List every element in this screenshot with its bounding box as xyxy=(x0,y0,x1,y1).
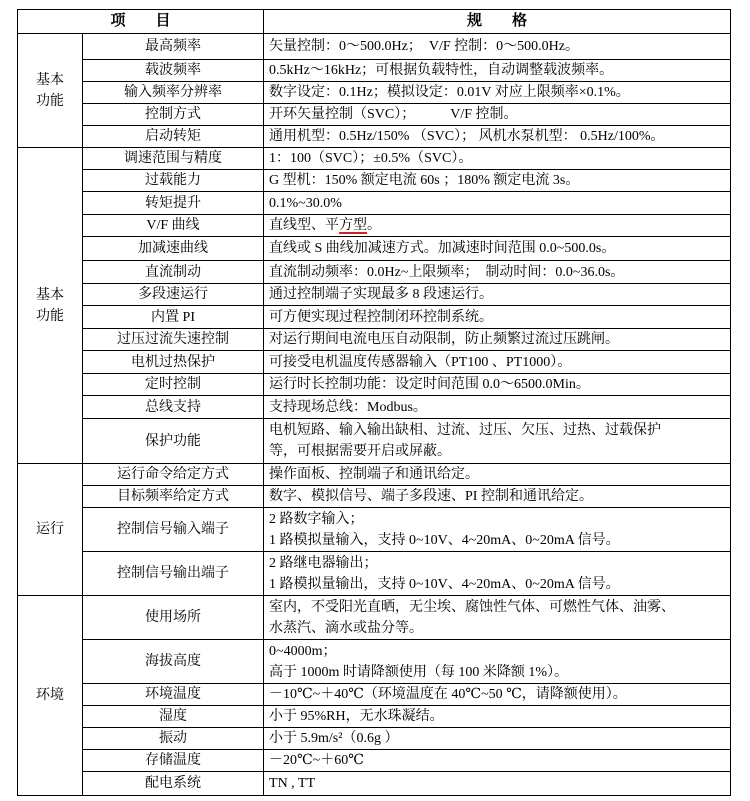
spec-cell: 直线或 S 曲线加减速方式。加减速时间范围 0.0~500.0s。 xyxy=(264,237,731,261)
table-row: 直流制动直流制动频率：0.0Hz~上限频率； 制动时间：0.0~36.0s。 xyxy=(18,261,731,284)
table-row: 配电系统TN , TT xyxy=(18,772,731,796)
spec-line: 通用机型：0.5Hz/150% （SVC）； 风机水泵机型： 0.5Hz/100… xyxy=(269,126,725,147)
table-row: 定时控制运行时长控制功能：设定时间范围 0.0～6500.0Min。 xyxy=(18,374,731,396)
spec-line: 电机短路、输入输出缺相、过流、过压、欠压、过热、过载保护 xyxy=(269,420,725,441)
spec-cell: 直流制动频率：0.0Hz~上限频率； 制动时间：0.0~36.0s。 xyxy=(264,261,731,284)
spec-cell: 可方便实现过程控制闭环控制系统。 xyxy=(264,306,731,329)
table-row: 环境温度－10℃~＋40℃（环境温度在 40℃~50 ℃，请降额使用）。 xyxy=(18,684,731,706)
item-cell: 控制信号输入端子 xyxy=(83,508,264,552)
table-row: 基本 功能最高频率矢量控制：0～500.0Hz； V/F 控制：0～500.0H… xyxy=(18,34,731,60)
spec-line: 水蒸汽、滴水或盐分等。 xyxy=(269,618,725,639)
spec-line: 开环矢量控制（SVC）； V/F 控制。 xyxy=(269,104,725,125)
spec-cell: 操作面板、控制端子和通讯给定。 xyxy=(264,464,731,486)
table-row: 保护功能电机短路、输入输出缺相、过流、过压、欠压、过热、过载保护等，可根据需要开… xyxy=(18,419,731,464)
spec-line: 1：100（SVC）；±0.5%（SVC）。 xyxy=(269,148,725,169)
spec-cell: －10℃~＋40℃（环境温度在 40℃~50 ℃，请降额使用）。 xyxy=(264,684,731,706)
spec-text: 直线型、平 xyxy=(269,218,339,233)
table-row: 控制信号输出端子2 路继电器输出；1 路模拟量输出，支持 0~10V、4~20m… xyxy=(18,552,731,596)
spec-line: 可方便实现过程控制闭环控制系统。 xyxy=(269,307,725,328)
item-cell: 运行命令给定方式 xyxy=(83,464,264,486)
category-cell: 运行 xyxy=(18,464,83,596)
spec-line: 0.5kHz～16kHz；可根据负载特性，自动调整载波频率。 xyxy=(269,60,725,81)
spec-line: 0.1%~30.0% xyxy=(269,193,725,214)
item-cell: 调速范围与精度 xyxy=(83,148,264,170)
item-cell: 控制方式 xyxy=(83,104,264,126)
table-row: 载波频率0.5kHz～16kHz；可根据负载特性，自动调整载波频率。 xyxy=(18,60,731,82)
spec-line: 小于 95%RH，无水珠凝结。 xyxy=(269,706,725,727)
spec-line: 运行时长控制功能：设定时间范围 0.0～6500.0Min。 xyxy=(269,374,725,395)
spec-line: G 型机：150% 额定电流 60s ；180% 额定电流 3s。 xyxy=(269,170,725,191)
table-body: 基本 功能最高频率矢量控制：0～500.0Hz； V/F 控制：0～500.0H… xyxy=(18,34,731,796)
spec-cell: 直线型、平方型。 xyxy=(264,215,731,237)
spec-cell: 0.1%~30.0% xyxy=(264,192,731,215)
item-cell: 海拔高度 xyxy=(83,640,264,684)
spec-line: 小于 5.9m/s²（0.6g ） xyxy=(269,728,725,749)
item-cell: 内置 PI xyxy=(83,306,264,329)
spec-line: 2 路继电器输出； xyxy=(269,553,725,574)
spec-cell: 通用机型：0.5Hz/150% （SVC）； 风机水泵机型： 0.5Hz/100… xyxy=(264,126,731,148)
spec-line: 0~4000m； xyxy=(269,641,725,662)
spec-cell: 对运行期间电流电压自动限制，防止频繁过流过压跳闸。 xyxy=(264,329,731,351)
category-cell: 基本 功能 xyxy=(18,34,83,148)
spec-line: 通过控制端子实现最多 8 段速运行。 xyxy=(269,284,725,305)
table-row: 振动小于 5.9m/s²（0.6g ） xyxy=(18,728,731,750)
table-row: 转矩提升0.1%~30.0% xyxy=(18,192,731,215)
spec-cell: 支持现场总线：Modbus。 xyxy=(264,396,731,419)
item-cell: 控制信号输出端子 xyxy=(83,552,264,596)
spec-line: TN , TT xyxy=(269,773,725,794)
spec-line: 数字、模拟信号、端子多段速、PI 控制和通讯给定。 xyxy=(269,486,725,507)
spec-cell: TN , TT xyxy=(264,772,731,796)
table-row: 加减速曲线直线或 S 曲线加减速方式。加减速时间范围 0.0~500.0s。 xyxy=(18,237,731,261)
spec-line: －20℃~＋60℃ xyxy=(269,750,725,771)
item-cell: 载波频率 xyxy=(83,60,264,82)
category-cell: 基本 功能 xyxy=(18,148,83,464)
spec-line: 对运行期间电流电压自动限制，防止频繁过流过压跳闸。 xyxy=(269,329,725,350)
spec-line: 2 路数字输入； xyxy=(269,509,725,530)
item-cell: 振动 xyxy=(83,728,264,750)
table-row: 总线支持支持现场总线：Modbus。 xyxy=(18,396,731,419)
item-cell: 保护功能 xyxy=(83,419,264,464)
item-cell: 多段速运行 xyxy=(83,284,264,306)
item-cell: 最高频率 xyxy=(83,34,264,60)
spec-line: 数字设定：0.1Hz；模拟设定：0.01V 对应上限频率×0.1%。 xyxy=(269,82,725,103)
item-cell: 输入频率分辨率 xyxy=(83,82,264,104)
item-cell: 存储温度 xyxy=(83,750,264,772)
header-spec: 规 格 xyxy=(264,10,731,34)
item-cell: 目标频率给定方式 xyxy=(83,486,264,508)
spec-cell: 数字、模拟信号、端子多段速、PI 控制和通讯给定。 xyxy=(264,486,731,508)
table-row: 启动转矩通用机型：0.5Hz/150% （SVC）； 风机水泵机型： 0.5Hz… xyxy=(18,126,731,148)
table-row: 海拔高度0~4000m；高于 1000m 时请降额使用（每 100 米降额 1%… xyxy=(18,640,731,684)
table-row: V/F 曲线直线型、平方型。 xyxy=(18,215,731,237)
spec-cell: 运行时长控制功能：设定时间范围 0.0～6500.0Min。 xyxy=(264,374,731,396)
spec-line: 可接受电机温度传感器输入（PT100 、PT1000）。 xyxy=(269,352,725,373)
spec-line: 直线或 S 曲线加减速方式。加减速时间范围 0.0~500.0s。 xyxy=(269,238,725,259)
spec-cell: 矢量控制：0～500.0Hz； V/F 控制：0～500.0Hz。 xyxy=(264,34,731,60)
spec-cell: 1：100（SVC）；±0.5%（SVC）。 xyxy=(264,148,731,170)
spec-line: 高于 1000m 时请降额使用（每 100 米降额 1%）。 xyxy=(269,662,725,683)
item-cell: 过压过流失速控制 xyxy=(83,329,264,351)
item-cell: 定时控制 xyxy=(83,374,264,396)
spec-line: 1 路模拟量输入，支持 0~10V、4~20mA、0~20mA 信号。 xyxy=(269,530,725,551)
table-row: 控制信号输入端子2 路数字输入；1 路模拟量输入，支持 0~10V、4~20mA… xyxy=(18,508,731,552)
table-row: 输入频率分辨率数字设定：0.1Hz；模拟设定：0.01V 对应上限频率×0.1%… xyxy=(18,82,731,104)
item-cell: 电机过热保护 xyxy=(83,351,264,374)
table-row: 基本 功能调速范围与精度1：100（SVC）；±0.5%（SVC）。 xyxy=(18,148,731,170)
spec-cell: 通过控制端子实现最多 8 段速运行。 xyxy=(264,284,731,306)
item-cell: 总线支持 xyxy=(83,396,264,419)
table-row: 控制方式开环矢量控制（SVC）； V/F 控制。 xyxy=(18,104,731,126)
spec-line: 直流制动频率：0.0Hz~上限频率； 制动时间：0.0~36.0s。 xyxy=(269,262,725,283)
table-row: 环境使用场所室内，不受阳光直晒，无尘埃、腐蚀性气体、可燃性气体、油雾、水蒸汽、滴… xyxy=(18,596,731,640)
spec-cell: 开环矢量控制（SVC）； V/F 控制。 xyxy=(264,104,731,126)
item-cell: 直流制动 xyxy=(83,261,264,284)
table-row: 内置 PI可方便实现过程控制闭环控制系统。 xyxy=(18,306,731,329)
spec-line: 等，可根据需要开启或屏蔽。 xyxy=(269,441,725,462)
item-cell: 加减速曲线 xyxy=(83,237,264,261)
spec-table: 项 目 规 格 基本 功能最高频率矢量控制：0～500.0Hz； V/F 控制：… xyxy=(17,9,731,796)
item-cell: 湿度 xyxy=(83,706,264,728)
table-row: 过压过流失速控制对运行期间电流电压自动限制，防止频繁过流过压跳闸。 xyxy=(18,329,731,351)
item-cell: 环境温度 xyxy=(83,684,264,706)
spec-cell: －20℃~＋60℃ xyxy=(264,750,731,772)
spec-line: 室内，不受阳光直晒，无尘埃、腐蚀性气体、可燃性气体、油雾、 xyxy=(269,597,725,618)
spec-cell: 数字设定：0.1Hz；模拟设定：0.01V 对应上限频率×0.1%。 xyxy=(264,82,731,104)
spec-line: －10℃~＋40℃（环境温度在 40℃~50 ℃，请降额使用）。 xyxy=(269,684,725,705)
spec-cell: 0.5kHz～16kHz；可根据负载特性，自动调整载波频率。 xyxy=(264,60,731,82)
category-cell: 环境 xyxy=(18,596,83,796)
spec-text: 。 xyxy=(367,218,381,233)
spell-check-underline: 方型 xyxy=(339,218,367,233)
spec-cell: G 型机：150% 额定电流 60s ；180% 额定电流 3s。 xyxy=(264,170,731,192)
spec-cell: 0~4000m；高于 1000m 时请降额使用（每 100 米降额 1%）。 xyxy=(264,640,731,684)
table-row: 目标频率给定方式数字、模拟信号、端子多段速、PI 控制和通讯给定。 xyxy=(18,486,731,508)
spec-line: 操作面板、控制端子和通讯给定。 xyxy=(269,464,725,485)
item-cell: 启动转矩 xyxy=(83,126,264,148)
item-cell: 过载能力 xyxy=(83,170,264,192)
table-row: 多段速运行通过控制端子实现最多 8 段速运行。 xyxy=(18,284,731,306)
spec-line: 1 路模拟量输出，支持 0~10V、4~20mA、0~20mA 信号。 xyxy=(269,574,725,595)
table-row: 湿度小于 95%RH，无水珠凝结。 xyxy=(18,706,731,728)
spec-cell: 电机短路、输入输出缺相、过流、过压、欠压、过热、过载保护等，可根据需要开启或屏蔽… xyxy=(264,419,731,464)
spec-line: 支持现场总线：Modbus。 xyxy=(269,397,725,418)
spec-line: 矢量控制：0～500.0Hz； V/F 控制：0～500.0Hz。 xyxy=(269,36,725,57)
table-header-row: 项 目 规 格 xyxy=(18,10,731,34)
spec-cell: 小于 5.9m/s²（0.6g ） xyxy=(264,728,731,750)
header-item: 项 目 xyxy=(18,10,264,34)
spec-cell: 2 路继电器输出；1 路模拟量输出，支持 0~10V、4~20mA、0~20mA… xyxy=(264,552,731,596)
table-row: 存储温度－20℃~＋60℃ xyxy=(18,750,731,772)
item-cell: V/F 曲线 xyxy=(83,215,264,237)
table-row: 过载能力G 型机：150% 额定电流 60s ；180% 额定电流 3s。 xyxy=(18,170,731,192)
item-cell: 使用场所 xyxy=(83,596,264,640)
spec-cell: 2 路数字输入；1 路模拟量输入，支持 0~10V、4~20mA、0~20mA … xyxy=(264,508,731,552)
table-row: 电机过热保护可接受电机温度传感器输入（PT100 、PT1000）。 xyxy=(18,351,731,374)
item-cell: 配电系统 xyxy=(83,772,264,796)
spec-cell: 小于 95%RH，无水珠凝结。 xyxy=(264,706,731,728)
item-cell: 转矩提升 xyxy=(83,192,264,215)
spec-cell: 可接受电机温度传感器输入（PT100 、PT1000）。 xyxy=(264,351,731,374)
spec-cell: 室内，不受阳光直晒，无尘埃、腐蚀性气体、可燃性气体、油雾、水蒸汽、滴水或盐分等。 xyxy=(264,596,731,640)
table-row: 运行运行命令给定方式操作面板、控制端子和通讯给定。 xyxy=(18,464,731,486)
